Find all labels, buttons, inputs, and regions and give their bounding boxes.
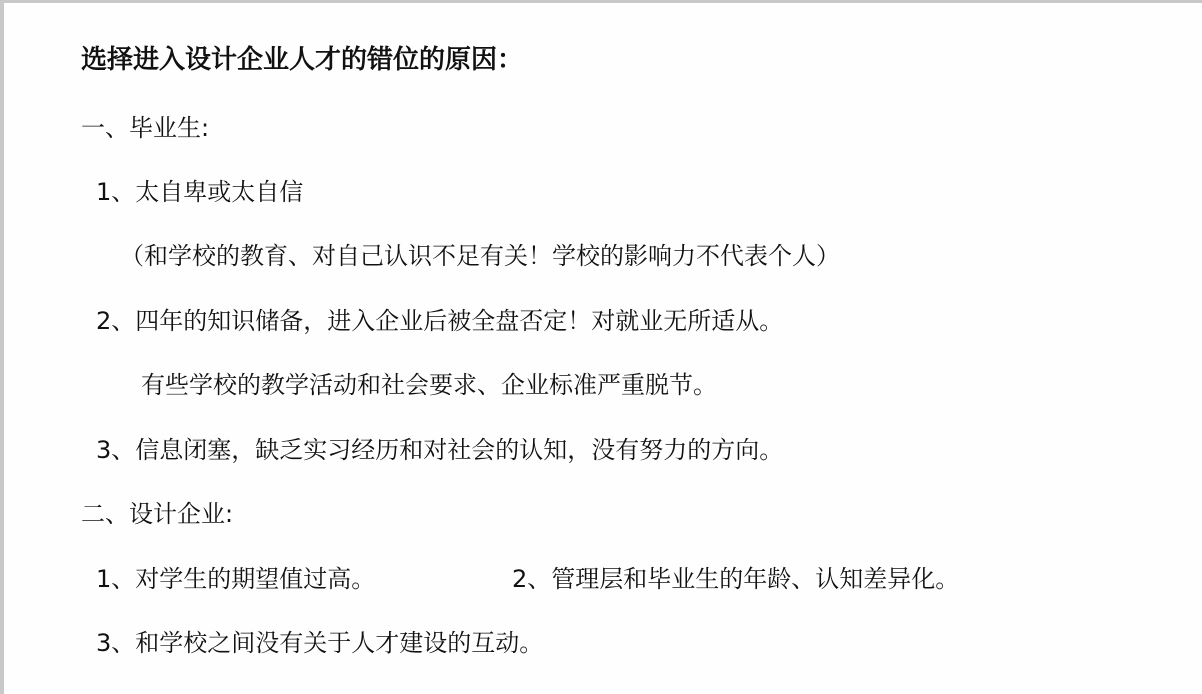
- firms-item-1: 1、对学生的期望值过高。: [96, 564, 375, 594]
- document-page: 选择进入设计企业人才的错位的原因： 一、毕业生: 1、太自卑或太自信 （和学校的…: [4, 3, 1202, 694]
- graduates-item-1: 1、太自卑或太自信: [96, 177, 303, 207]
- firms-item-2: 2、管理层和毕业生的年龄、认知差异化。: [512, 564, 959, 594]
- section-heading-design-firms: 二、设计企业:: [81, 499, 233, 529]
- section-heading-graduates: 一、毕业生:: [81, 113, 209, 143]
- firms-item-3: 3、和学校之间没有关于人才建设的互动。: [96, 628, 543, 658]
- graduates-item-2-note: 有些学校的教学活动和社会要求、企业标准严重脱节。: [141, 370, 717, 400]
- graduates-item-3: 3、信息闭塞，缺乏实习经历和对社会的认知，没有努力的方向。: [96, 435, 783, 465]
- graduates-item-2: 2、四年的知识储备，进入企业后被全盘否定！对就业无所适从。: [96, 306, 783, 336]
- document-title: 选择进入设计企业人才的错位的原因：: [81, 45, 523, 75]
- graduates-item-1-note: （和学校的教育、对自己认识不足有关！学校的影响力不代表个人）: [120, 241, 840, 271]
